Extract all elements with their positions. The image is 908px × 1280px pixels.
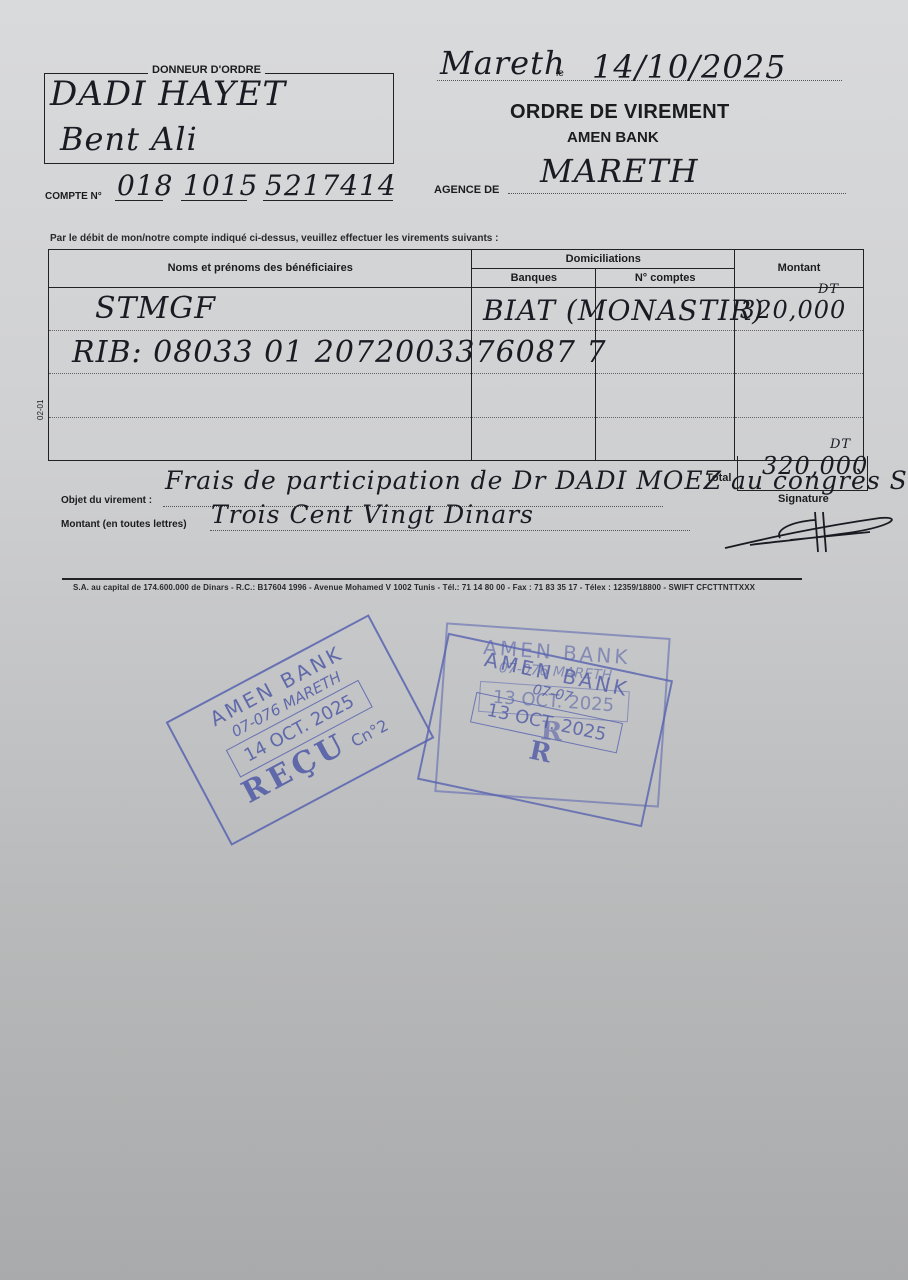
compte-label: COMPTE N° xyxy=(45,191,102,202)
donneur-name-line2: Bent Ali xyxy=(60,120,198,158)
row-currency: DT xyxy=(818,282,839,297)
bank-stamp-received: AMEN BANK 07-076 MARETH 14 OCT. 2025 REÇ… xyxy=(166,614,435,846)
bank-name: AMEN BANK xyxy=(567,129,659,146)
header-banques: Banques xyxy=(472,269,596,287)
place-value: Mareth xyxy=(440,44,566,82)
montant-lettres-label: Montant (en toutes lettres) xyxy=(61,519,187,530)
beneficiary-bank: BIAT (MONASTIR) xyxy=(483,294,764,327)
montant-lettres-value: Trois Cent Vingt Dinars xyxy=(211,500,534,529)
objet-value: Frais de participation de Dr DADI MOEZ a… xyxy=(165,466,908,495)
header-beneficiaries: Noms et prénoms des bénéficiaires xyxy=(49,250,472,288)
compte-segment-number: 5217414 xyxy=(263,172,393,201)
footer-legal-text: S.A. au capital de 174.600.000 de Dinars… xyxy=(73,583,755,592)
agence-value: MARETH xyxy=(540,152,699,190)
form-code: 02-01 xyxy=(36,400,45,420)
total-currency: DT xyxy=(830,437,851,452)
footer-divider xyxy=(62,578,802,580)
objet-label: Objet du virement : xyxy=(61,495,152,506)
stamp-counter: Cn°2 xyxy=(348,716,392,751)
compte-segment-branch: 1015 xyxy=(181,172,247,201)
header-montant: Montant xyxy=(735,250,864,288)
row-amount: 320,000 xyxy=(740,296,846,324)
signature-scribble xyxy=(720,510,900,555)
beneficiary-name: STMGF xyxy=(95,291,216,326)
page-title: ORDRE DE VIREMENT xyxy=(510,101,730,124)
signature-label: Signature xyxy=(778,493,829,505)
le-label: le xyxy=(556,68,564,79)
header-comptes: N° comptes xyxy=(596,269,735,287)
table-row xyxy=(49,417,864,460)
table-row xyxy=(49,374,864,417)
instruction-text: Par le débit de mon/notre compte indiqué… xyxy=(50,233,498,244)
header-domiciliations: Domiciliations xyxy=(472,250,735,269)
compte-segment-bank: 018 xyxy=(115,172,163,201)
donneur-name: DADI HAYET xyxy=(50,74,286,114)
date-value: 14/10/2025 xyxy=(592,48,786,86)
beneficiary-rib: RIB: 08033 01 2072003376087 7 xyxy=(72,335,607,370)
agence-label: AGENCE DE xyxy=(434,184,499,196)
